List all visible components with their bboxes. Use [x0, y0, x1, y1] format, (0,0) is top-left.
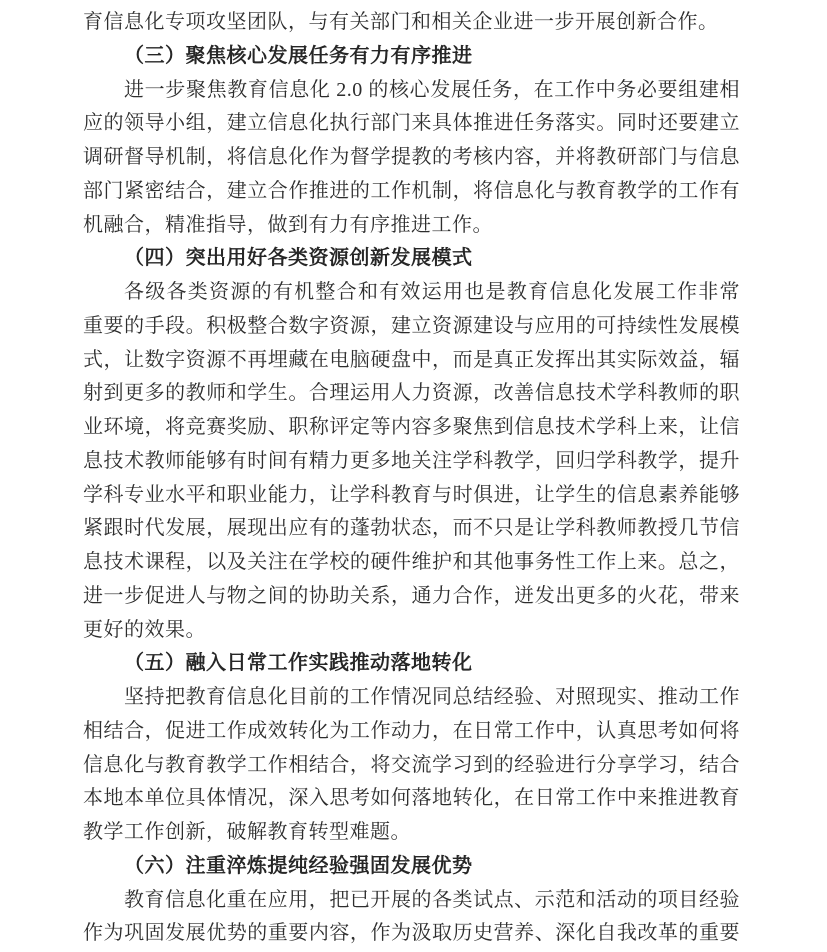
text-line: 相结合，促进工作成效转化为工作动力，在日常工作中，认真思考如何将 — [83, 715, 740, 749]
text-line: 更好的效果。 — [83, 614, 740, 648]
text-line: 坚持把教育信息化目前的工作情况同总结经验、对照现实、推动工作 — [83, 681, 740, 715]
text-line: 教学工作创新，破解教育转型难题。 — [83, 816, 740, 850]
text-line: 息技术课程，以及关注在学校的硬件维护和其他事务性工作上来。总之， — [83, 546, 740, 580]
text-line: 紧跟时代发展，展现出应有的蓬勃状态，而不只是让学科教师教授几节信 — [83, 512, 740, 546]
text-line: 作为巩固发展优势的重要内容，作为汲取历史营养、深化自我改革的重要 — [83, 917, 740, 951]
text-line: 进一步促进人与物之间的协助关系，通力合作，迸发出更多的火花，带来 — [83, 580, 740, 614]
text-line: 信息化与教育教学工作相结合，将交流学习到的经验进行分享学习，结合 — [83, 749, 740, 783]
text-line: 各级各类资源的有机整合和有效运用也是教育信息化发展工作非常 — [83, 276, 740, 310]
section-heading: （四）突出用好各类资源创新发展模式 — [83, 242, 740, 276]
text-line: 业环境，将竞赛奖励、职称评定等内容多聚焦到信息技术学科上来，让信 — [83, 411, 740, 445]
text-line: 调研督导机制，将信息化作为督学提教的考核内容，并将教研部门与信息 — [83, 141, 740, 175]
section-heading: （五）融入日常工作实践推动落地转化 — [83, 647, 740, 681]
text-line: 射到更多的教师和学生。合理运用人力资源，改善信息技术学科教师的职 — [83, 377, 740, 411]
text-line: 育信息化专项攻坚团队，与有关部门和相关企业进一步开展创新合作。 — [83, 6, 740, 40]
text-line: 学科专业水平和职业能力，让学科教育与时俱进，让学生的信息素养能够 — [83, 479, 740, 513]
text-line: 部门紧密结合，建立合作推进的工作机制，将信息化与教育教学的工作有 — [83, 175, 740, 209]
section-heading: （六）注重淬炼提纯经验强固发展优势 — [83, 850, 740, 884]
text-line: 机融合，精准指导，做到有力有序推进工作。 — [83, 209, 740, 243]
text-line: 息技术教师能够有时间有精力更多地关注学科教学，回归学科教学，提升 — [83, 445, 740, 479]
text-line: 进一步聚焦教育信息化 2.0 的核心发展任务，在工作中务必要组建相 — [83, 74, 740, 108]
text-line: 式，让数字资源不再埋藏在电脑硬盘中，而是真正发挥出其实际效益，辐 — [83, 344, 740, 378]
text-line: 教育信息化重在应用，把已开展的各类试点、示范和活动的项目经验 — [83, 884, 740, 918]
section-heading: （三）聚焦核心发展任务有力有序推进 — [83, 40, 740, 74]
document-body: 育信息化专项攻坚团队，与有关部门和相关企业进一步开展创新合作。（三）聚焦核心发展… — [83, 6, 740, 951]
text-line: 重要的手段。积极整合数字资源，建立资源建设与应用的可持续性发展模 — [83, 310, 740, 344]
text-line: 本地本单位具体情况，深入思考如何落地转化，在日常工作中来推进教育 — [83, 782, 740, 816]
document-page: 育信息化专项攻坚团队，与有关部门和相关企业进一步开展创新合作。（三）聚焦核心发展… — [0, 0, 827, 952]
text-line: 应的领导小组，建立信息化执行部门来具体推进任务落实。同时还要建立 — [83, 107, 740, 141]
